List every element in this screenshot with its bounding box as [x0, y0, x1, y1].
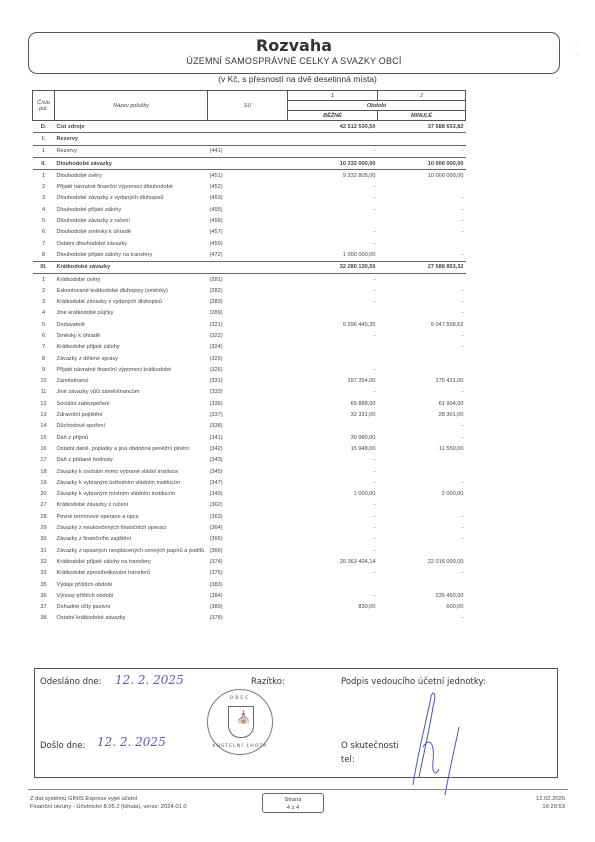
row-name: Dlouhodobé přijaté zálohy [55, 204, 208, 215]
row-current: - [288, 273, 378, 285]
row-current: - [288, 545, 378, 556]
row-previous: 10 000 000,00 [378, 170, 466, 182]
row-number: D. [33, 121, 55, 133]
row-spacer [466, 443, 567, 454]
row-number: 8 [33, 249, 55, 261]
row-number: 14 [33, 421, 55, 432]
row-number: 17 [33, 455, 55, 466]
row-previous [378, 545, 466, 556]
footer-source-line2: Finanční okruhy - Účetnictví 8.05.2 (kih… [30, 803, 187, 811]
row-su: (441) [208, 145, 288, 157]
row-spacer [466, 409, 567, 420]
row-previous: - [378, 421, 466, 432]
row-name: Dlouhodobé směnky k úhradě [55, 227, 208, 238]
header-name: Název položky [55, 91, 208, 121]
row-previous: - [378, 613, 466, 624]
row-current: 32 280 130,50 [288, 261, 378, 273]
row-spacer [466, 500, 567, 511]
row-su: (322) [208, 330, 288, 341]
row-su: (378) [208, 613, 288, 624]
table-row: 4Jiné krátkodobé půjčky(289)- [33, 308, 567, 319]
row-number: 3 [33, 296, 55, 307]
row-su [208, 157, 288, 169]
table-row: 15Daň z příjmů(341)30 980,00- [33, 432, 567, 443]
row-su: (389) [208, 601, 288, 612]
received-date-handwritten: 12. 2. 2025 [97, 735, 166, 749]
row-name: Krátkodobé závazky [55, 261, 208, 273]
row-spacer [466, 133, 567, 145]
table-row: 8Dlouhodobé přijaté zálohy na transfery(… [33, 249, 567, 261]
row-spacer [466, 319, 567, 330]
row-name: Ostatní daně, poplatky a jiná obdobná pe… [55, 443, 208, 454]
verification-label: O skutečnosti [341, 741, 399, 751]
row-spacer [466, 157, 567, 169]
table-row: 9Přijaté návratné finanční výpomoci krát… [33, 364, 567, 375]
row-spacer [466, 330, 567, 341]
row-previous: - [378, 285, 466, 296]
row-name: Zaměstnanci [55, 376, 208, 387]
row-su: (364) [208, 522, 288, 533]
row-spacer [466, 590, 567, 601]
table-row: 17Daň z přidané hodnoty(343)- [33, 455, 567, 466]
row-previous: 175 431,00 [378, 376, 466, 387]
row-su: (363) [208, 511, 288, 522]
row-spacer [466, 204, 567, 215]
row-number: 1 [33, 170, 55, 182]
table-row: 11Jiné závazky vůči zaměstnancům(333)-- [33, 387, 567, 398]
row-spacer [466, 601, 567, 612]
row-name: Závazky k osobám mimo vybrané vládní ins… [55, 466, 208, 477]
row-number: 37 [33, 601, 55, 612]
row-current [288, 421, 378, 432]
row-su: (347) [208, 477, 288, 488]
row-spacer [466, 364, 567, 375]
row-previous [378, 579, 466, 590]
row-su: (366) [208, 545, 288, 556]
table-row: 8Závazky z dělené správy(325) [33, 353, 567, 364]
row-current: - [288, 330, 378, 341]
row-current [288, 613, 378, 624]
row-spacer [466, 261, 567, 273]
row-previous [378, 364, 466, 375]
row-name: Důchodové spoření [55, 421, 208, 432]
row-previous: 28 301,00 [378, 409, 466, 420]
row-name: Daň z přidané hodnoty [55, 455, 208, 466]
row-previous: - [378, 215, 466, 226]
table-row: 3Dlouhodobé závazky z vydaných dluhopisů… [33, 193, 567, 204]
row-spacer [466, 181, 567, 192]
row-su: (342) [208, 443, 288, 454]
row-su: (451) [208, 170, 288, 182]
row-spacer [466, 387, 567, 398]
row-spacer [466, 545, 567, 556]
signature-box: Odesláno dne: 12. 2. 2025 Razítko: OBEC … [34, 668, 558, 778]
row-su [208, 261, 288, 273]
row-number: 5 [33, 215, 55, 226]
table-row: 12Sociální zabezpečení(336)65 888,0061 9… [33, 398, 567, 409]
row-previous: - [378, 387, 466, 398]
row-current: - [288, 387, 378, 398]
row-su: (452) [208, 181, 288, 192]
row-number: 4 [33, 308, 55, 319]
row-spacer [466, 342, 567, 353]
row-previous [378, 273, 466, 285]
row-su: (331) [208, 376, 288, 387]
footer-time: 16:20:53 [536, 803, 565, 811]
church-icon: ⛪ [236, 711, 251, 723]
row-spacer [466, 296, 567, 307]
row-name: Závazky z dělené správy [55, 353, 208, 364]
row-name: Krátkodobé úvěry [55, 273, 208, 285]
table-row: 32Krátkodobé přijaté zálohy na transfery… [33, 556, 567, 567]
table-row: 38Ostatní krátkodobé závazky(378)- [33, 613, 567, 624]
footer-divider [28, 789, 568, 790]
row-previous: 10 000 000,00 [378, 157, 466, 169]
row-spacer [466, 353, 567, 364]
row-name: Daň z příjmů [55, 432, 208, 443]
table-row: 7Ostatní dlouhodobé závazky(459)- [33, 238, 567, 249]
row-name: Závazky k vybraným místním vládním insti… [55, 489, 208, 500]
row-su: (333) [208, 387, 288, 398]
sent-label: Odesláno dne: [40, 677, 101, 687]
row-name: Krátkodobé přijaté zálohy [55, 342, 208, 353]
table-row: 27Krátkodobé závazky z ručení(362)- [33, 500, 567, 511]
row-spacer [466, 534, 567, 545]
row-name: Závazky z finančního zajištění [55, 534, 208, 545]
row-spacer [466, 489, 567, 500]
row-su: (384) [208, 590, 288, 601]
row-current [288, 579, 378, 590]
row-previous: - [378, 145, 466, 157]
table-row: 5Dodavatelé(321)5 296 445,355 047 558,62 [33, 319, 567, 330]
table-row: 10Zaměstnanci(331)197 354,00175 431,00 [33, 376, 567, 387]
row-spacer [466, 511, 567, 522]
row-previous: - [378, 249, 466, 261]
row-current [288, 215, 378, 226]
table-body: D.Cizí zdroje42 512 530,5037 588 653,82I… [33, 121, 567, 625]
row-number: 27 [33, 500, 55, 511]
table-row: 29Závazky z neukončených finančních oper… [33, 522, 567, 533]
row-number: II. [33, 157, 55, 169]
table-row: 30Závazky z finančního zajištění(365)-- [33, 534, 567, 545]
row-spacer [466, 568, 567, 579]
row-current: - [288, 227, 378, 238]
row-su: (383) [208, 579, 288, 590]
row-name: Přijaté návratné finanční výpomoci krátk… [55, 364, 208, 375]
row-number: 29 [33, 522, 55, 533]
row-name: Dlouhodobé závazky z vydaných dluhopisů [55, 193, 208, 204]
row-name: Dlouhodobé závazky [55, 157, 208, 169]
row-previous: - [378, 522, 466, 533]
row-su: (283) [208, 296, 288, 307]
row-spacer [466, 432, 567, 443]
row-number: III. [33, 261, 55, 273]
row-name: Ostatní krátkodobé závazky [55, 613, 208, 624]
row-number: 7 [33, 238, 55, 249]
table-row: 20Závazky k vybraným místním vládním ins… [33, 489, 567, 500]
row-su [208, 121, 288, 133]
row-spacer [466, 238, 567, 249]
row-current: - [288, 455, 378, 466]
row-number: 11 [33, 387, 55, 398]
row-current: 65 888,00 [288, 398, 378, 409]
row-name: Dlouhodobé přijaté zálohy na transfery [55, 249, 208, 261]
table-row: 37Dohadné účty pasivní(389)830,00600,00 [33, 601, 567, 612]
row-su: (453) [208, 193, 288, 204]
row-number: 30 [33, 534, 55, 545]
stamp-bottom-text: KOSTELNÍ LHOTA [208, 744, 272, 749]
table-row: 28Pevné termínové operace a opce(363)-- [33, 511, 567, 522]
row-previous [378, 353, 466, 364]
table-group-row: I.Rezervy [33, 133, 567, 145]
margin-marks: ·· [575, 38, 577, 62]
row-previous: 61 904,00 [378, 398, 466, 409]
row-name: Sociální zabezpečení [55, 398, 208, 409]
row-current [288, 308, 378, 319]
row-previous: 27 588 853,32 [378, 261, 466, 273]
row-spacer [466, 121, 567, 133]
row-previous: - [378, 342, 466, 353]
row-current: 1 000,00 [288, 489, 378, 500]
table-row: 5Dlouhodobé závazky z ručení(456)- [33, 215, 567, 226]
row-current: - [288, 568, 378, 579]
row-current: - [288, 285, 378, 296]
footer-source-line1: Z dat systému GINIS Express vyjet účetní [30, 795, 187, 803]
row-spacer [466, 285, 567, 296]
row-spacer [466, 273, 567, 285]
row-current: - [288, 145, 378, 157]
row-previous: - [378, 568, 466, 579]
row-su: (281) [208, 273, 288, 285]
row-current: 15 948,00 [288, 443, 378, 454]
document-title: Rozvaha [29, 37, 559, 55]
row-su: (459) [208, 238, 288, 249]
row-su: (341) [208, 432, 288, 443]
row-su: (338) [208, 421, 288, 432]
row-previous [378, 466, 466, 477]
row-current: - [288, 296, 378, 307]
row-name: Výnosy příštích období [55, 590, 208, 601]
row-spacer [466, 376, 567, 387]
row-previous: - [378, 534, 466, 545]
row-number: 3 [33, 193, 55, 204]
table-row: 7Krátkodobé přijaté zálohy(324)- [33, 342, 567, 353]
row-spacer [466, 455, 567, 466]
row-name: Pevné termínové operace a opce [55, 511, 208, 522]
row-name: Rezervy [55, 133, 208, 145]
row-name: Závazky k vybraným ústředním vládním ins… [55, 477, 208, 488]
row-name: Krátkodobé závazky z ručení [55, 500, 208, 511]
table-row: 4Dlouhodobé přijaté zálohy(455)-- [33, 204, 567, 215]
row-number: I. [33, 133, 55, 145]
table-row: 36Výnosy příštích období(384)-235 450,00 [33, 590, 567, 601]
row-current: 42 512 530,50 [288, 121, 378, 133]
row-spacer [466, 522, 567, 533]
row-spacer [466, 227, 567, 238]
row-number: 16 [33, 443, 55, 454]
row-number: 13 [33, 409, 55, 420]
row-number: 38 [33, 613, 55, 624]
row-name: Cizí zdroje [55, 121, 208, 133]
row-name: Dlouhodobé úvěry [55, 170, 208, 182]
stamp-label: Razítko: [251, 677, 285, 687]
row-previous [378, 133, 466, 145]
row-previous: 235 450,00 [378, 590, 466, 601]
handwritten-signature [405, 687, 475, 797]
row-number: 1 [33, 273, 55, 285]
row-spacer [466, 613, 567, 624]
table-row: 6Dlouhodobé směnky k úhradě(457)-- [33, 227, 567, 238]
row-current: - [288, 590, 378, 601]
row-number: 36 [33, 590, 55, 601]
row-number: 35 [33, 579, 55, 590]
row-previous: - [378, 308, 466, 319]
table-row: 31Závazky z upsaných nesplacených cennýc… [33, 545, 567, 556]
row-spacer [466, 170, 567, 182]
header-previous: MINULÉ [378, 111, 466, 121]
footer-source: Z dat systému GINIS Express vyjet účetní… [30, 795, 187, 811]
row-current: - [288, 534, 378, 545]
row-name: Závazky z upsaných nesplacených cenných … [55, 545, 208, 556]
row-number: 7 [33, 342, 55, 353]
row-previous: - [378, 511, 466, 522]
row-spacer [466, 466, 567, 477]
header-col1: 1 [288, 91, 378, 101]
table-row: 33Krátkodobé zprostředkování transferů(3… [33, 568, 567, 579]
row-number: 4 [33, 204, 55, 215]
row-name: Výdaje příštích období [55, 579, 208, 590]
row-su: (456) [208, 215, 288, 226]
row-previous: 5 047 558,62 [378, 319, 466, 330]
row-current: 1 000 000,00 [288, 249, 378, 261]
row-current: - [288, 522, 378, 533]
row-number: 8 [33, 353, 55, 364]
row-current: - [288, 181, 378, 192]
row-name: Směnky k úhradě [55, 330, 208, 341]
table-group-row: III.Krátkodobé závazky32 280 130,5027 58… [33, 261, 567, 273]
row-current [288, 342, 378, 353]
row-number: 2 [33, 285, 55, 296]
table-row: 13Zdravotní pojištění(337)32 331,0028 30… [33, 409, 567, 420]
row-su: (282) [208, 285, 288, 296]
head-signature-label: Podpis vedoucího účetní jednotky: [341, 677, 486, 687]
row-name: Jiné krátkodobé půjčky [55, 308, 208, 319]
row-current: 32 331,00 [288, 409, 378, 420]
row-name: Krátkodobé závazky z vydaných dluhopisů [55, 296, 208, 307]
row-previous [378, 181, 466, 192]
received-label: Došlo dne: [40, 741, 85, 751]
row-previous: - [378, 432, 466, 443]
row-spacer [466, 556, 567, 567]
row-spacer [466, 193, 567, 204]
row-current: - [288, 193, 378, 204]
table-row: 18Závazky k osobám mimo vybrané vládní i… [33, 466, 567, 477]
table-row: 14Důchodové spoření(338)- [33, 421, 567, 432]
title-box: Rozvaha ÚZEMNÍ SAMOSPRÁVNÉ CELKY A SVAZK… [28, 32, 560, 74]
row-current: 26 363 404,14 [288, 556, 378, 567]
municipal-stamp: OBEC ⛪ KOSTELNÍ LHOTA [207, 689, 273, 755]
row-previous: 22 016 000,00 [378, 556, 466, 567]
table-row: 2Eskontované krátkodobé dluhopisy (směnk… [33, 285, 567, 296]
row-number: 9 [33, 364, 55, 375]
shield-icon: ⛪ [228, 706, 254, 738]
row-current: 830,00 [288, 601, 378, 612]
table-row: 6Směnky k úhradě(322)-- [33, 330, 567, 341]
row-number: 31 [33, 545, 55, 556]
row-previous: 600,00 [378, 601, 466, 612]
header-current: BĚŽNÉ [288, 111, 378, 121]
row-number: 32 [33, 556, 55, 567]
row-su: (337) [208, 409, 288, 420]
row-su: (349) [208, 489, 288, 500]
row-su: (455) [208, 204, 288, 215]
row-previous: 11 550,00 [378, 443, 466, 454]
row-name: Eskontované krátkodobé dluhopisy (směnky… [55, 285, 208, 296]
row-spacer [466, 145, 567, 157]
verification-tel-label: tel: [341, 755, 355, 765]
table-row: 1Rezervy(441)-- [33, 145, 567, 157]
row-name: Rezervy [55, 145, 208, 157]
row-number: 6 [33, 227, 55, 238]
row-current: - [288, 204, 378, 215]
row-current: 30 980,00 [288, 432, 378, 443]
table-group-row: II.Dlouhodobé závazky10 332 000,0010 000… [33, 157, 567, 169]
row-name: Ostatní dlouhodobé závazky [55, 238, 208, 249]
row-spacer [466, 215, 567, 226]
row-name: Jiné závazky vůči zaměstnancům [55, 387, 208, 398]
row-su: (326) [208, 364, 288, 375]
row-su: (289) [208, 308, 288, 319]
table-row: 2Přijaté návratné finanční výpomoci dlou… [33, 181, 567, 192]
row-su: (375) [208, 568, 288, 579]
row-name: Zdravotní pojištění [55, 409, 208, 420]
row-number: 15 [33, 432, 55, 443]
document-subtitle: ÚZEMNÍ SAMOSPRÁVNÉ CELKY A SVAZKY OBCÍ [29, 55, 559, 67]
row-spacer [466, 579, 567, 590]
row-su: (362) [208, 500, 288, 511]
header-col2: 2 [378, 91, 466, 101]
row-name: Dlouhodobé závazky z ručení [55, 215, 208, 226]
row-current: - [288, 511, 378, 522]
row-previous: - [378, 296, 466, 307]
row-su: (324) [208, 342, 288, 353]
row-previous: - [378, 204, 466, 215]
row-name: Krátkodobé zprostředkování transferů [55, 568, 208, 579]
table-row: 1Krátkodobé úvěry(281)- [33, 273, 567, 285]
header-number: Číslo pol. [33, 91, 55, 121]
page-label: Strana [263, 796, 323, 804]
row-su: (336) [208, 398, 288, 409]
row-number: 12 [33, 398, 55, 409]
row-su [208, 133, 288, 145]
row-spacer [466, 398, 567, 409]
row-name: Krátkodobé přijaté zálohy na transfery [55, 556, 208, 567]
row-current: - [288, 466, 378, 477]
row-name: Závazky z neukončených finančních operac… [55, 522, 208, 533]
row-number: 1 [33, 145, 55, 157]
row-name: Dohadné účty pasivní [55, 601, 208, 612]
row-name: Dodavatelé [55, 319, 208, 330]
row-su: (457) [208, 227, 288, 238]
row-su: (365) [208, 534, 288, 545]
row-current [288, 353, 378, 364]
page-indicator: Strana 4 z 4 [262, 793, 324, 813]
row-current: - [288, 500, 378, 511]
row-spacer [466, 421, 567, 432]
page-value: 4 z 4 [263, 804, 323, 812]
row-spacer [466, 308, 567, 319]
stamp-top-text: OBEC [208, 696, 272, 701]
